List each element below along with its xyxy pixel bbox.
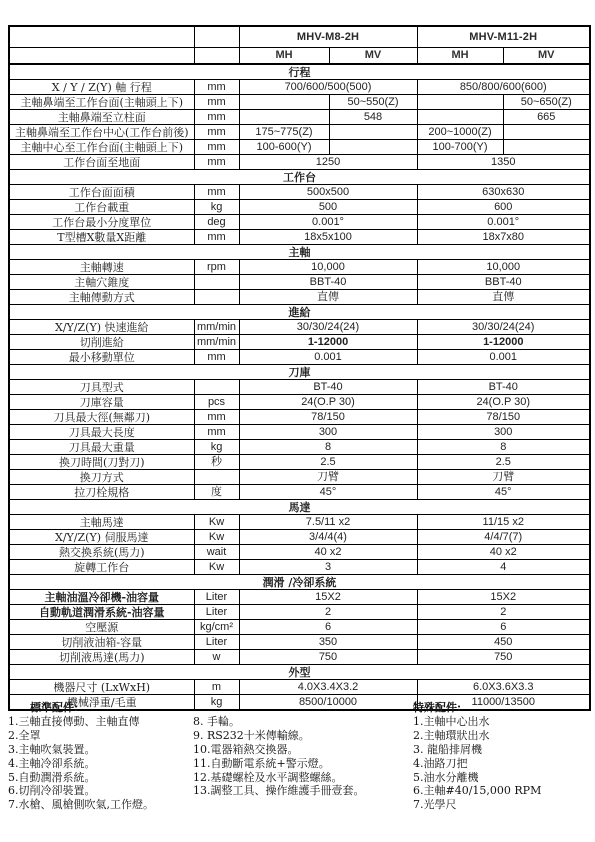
spec-row: 刀庫容量pcs24(O.P 30)24(O.P 30) (9, 395, 590, 410)
accessory-item: 7.光學尺 (413, 798, 591, 812)
special-accessories-list: 1.主軸中心出水2.主軸環狀出水3. 龍船排屑機4.油路刀把5.油水分離機6.主… (413, 715, 591, 812)
value-cell (239, 95, 329, 110)
row-label: 旋轉工作台 (9, 560, 194, 575)
unit-cell: mm (194, 425, 239, 440)
unit-cell (194, 275, 239, 290)
row-label: 切削液油箱-容量 (9, 635, 194, 650)
value-cell: 350 (239, 635, 417, 650)
unit-cell: mm/min (194, 335, 239, 350)
spec-row: 刀具最大重量kg88 (9, 440, 590, 455)
spec-row: T型槽X數量X距離mm18x5x10018x7x80 (9, 230, 590, 245)
spec-row: 換刀方式刀臂刀臂 (9, 470, 590, 485)
row-label: 刀具最大徑(無鄰刀) (9, 410, 194, 425)
spec-row: 主軸鼻端至立柱面mm548665 (9, 110, 590, 125)
accessory-item: 12.基礎螺栓及水平調整螺絲。 (193, 771, 411, 785)
spec-row: 自動軌道潤滑系統-油容量Liter22 (9, 605, 590, 620)
unit-cell: kg/cm² (194, 620, 239, 635)
spec-row: 主軸轉速rpm10,00010,000 (9, 260, 590, 275)
value-cell: 8 (239, 440, 417, 455)
value-cell: 3 (239, 560, 417, 575)
spec-row: 空壓源kg/cm²66 (9, 620, 590, 635)
value-cell: 2 (417, 605, 590, 620)
standard-accessories-list1: 1.三軸直接傳動、主軸直傳2.全罩3.主軸吹氣裝置。4.主軸冷卻系統。5.自動潤… (8, 715, 193, 812)
section-row: 外型 (9, 665, 590, 680)
spec-row: 刀具最大長度mm300300 (9, 425, 590, 440)
value-cell: 0.001° (239, 215, 417, 230)
spec-table-head: MHV-M8-2HMHV-M11-2HMHMVMHMV (9, 26, 590, 64)
value-cell: 直傳 (239, 290, 417, 305)
section-title: 刀庫 (9, 365, 590, 380)
value-cell: 630x630 (417, 185, 590, 200)
value-cell (417, 95, 503, 110)
standard-accessories-list2: 8. 手輪。9. RS232十米傳輸線。10.電器箱熱交換器。11.自動斷電系統… (193, 715, 411, 798)
row-label: 切削液馬達(馬力) (9, 650, 194, 665)
unit-cell: Liter (194, 590, 239, 605)
value-cell: 665 (503, 110, 590, 125)
spec-row: X / Y / Z(Y) 軸 行程mm700/600/500(500)850/8… (9, 80, 590, 95)
row-label: 工作台面至地面 (9, 155, 194, 170)
row-label: 刀具最大重量 (9, 440, 194, 455)
row-label: 主軸馬達 (9, 515, 194, 530)
value-cell: 1350 (417, 155, 590, 170)
sub-header: MV (329, 48, 417, 65)
section-title: 行程 (9, 64, 590, 80)
spec-row: 主軸馬達Kw7.5/11 x211/15 x2 (9, 515, 590, 530)
unit-cell: Liter (194, 605, 239, 620)
accessory-item: 4.主軸冷卻系統。 (8, 757, 193, 771)
row-label: 工作台載重 (9, 200, 194, 215)
spec-row: 工作台載重kg500600 (9, 200, 590, 215)
accessory-item: 2.主軸環狀出水 (413, 729, 591, 743)
row-label: X/Y/Z(Y) 快速進給 (9, 320, 194, 335)
section-title: 工作台 (9, 170, 590, 185)
value-cell: 40 x2 (417, 545, 590, 560)
spec-row: 主軸油溫冷卻機-油容量Liter15X215X2 (9, 590, 590, 605)
row-label: T型槽X數量X距離 (9, 230, 194, 245)
sub-header: MH (239, 48, 329, 65)
spec-row: 主軸鼻端至工作台中心(工作台前後)mm175~775(Z)200~1000(Z) (9, 125, 590, 140)
row-label: X / Y / Z(Y) 軸 行程 (9, 80, 194, 95)
section-title: 潤滑 /冷卻系統 (9, 575, 590, 590)
value-cell: 45° (239, 485, 417, 500)
value-cell: 1-12000 (417, 335, 590, 350)
value-cell: 548 (329, 110, 417, 125)
row-label: 主軸傳動方式 (9, 290, 194, 305)
value-cell (503, 125, 590, 140)
special-accessories-col: 特殊配件: 1.主軸中心出水2.主軸環狀出水3. 龍船排屑機4.油路刀把5.油水… (413, 701, 591, 812)
value-cell: 10,000 (417, 260, 590, 275)
value-cell: 1-12000 (239, 335, 417, 350)
accessory-item: 1.主軸中心出水 (413, 715, 591, 729)
value-cell: 100-700(Y) (417, 140, 503, 155)
value-cell: 500 (239, 200, 417, 215)
unit-cell: Kw (194, 560, 239, 575)
spec-row: 換刀時間(刀對刀)秒2.52.5 (9, 455, 590, 470)
unit-cell: deg (194, 215, 239, 230)
value-cell: 2.5 (417, 455, 590, 470)
value-cell: 450 (417, 635, 590, 650)
value-cell: 850/800/600(600) (417, 80, 590, 95)
row-label: X/Y/Z(Y) 伺服馬達 (9, 530, 194, 545)
row-label: 自動軌道潤滑系統-油容量 (9, 605, 194, 620)
value-cell: 15X2 (239, 590, 417, 605)
unit-cell: mm (194, 350, 239, 365)
value-cell: 500x500 (239, 185, 417, 200)
accessory-item: 6.切削冷卻裝置。 (8, 784, 193, 798)
value-cell: BT-40 (417, 380, 590, 395)
spec-row: 工作台面面積mm500x500630x630 (9, 185, 590, 200)
accessory-item: 5.油水分離機 (413, 771, 591, 785)
unit-cell: mm (194, 185, 239, 200)
spec-row: 刀具最大徑(無鄰刀)mm78/15078/150 (9, 410, 590, 425)
row-label: 主軸轉速 (9, 260, 194, 275)
model-header: MHV-M11-2H (417, 26, 590, 48)
value-cell: 78/150 (417, 410, 590, 425)
value-cell: 4/4/7(7) (417, 530, 590, 545)
accessory-item: 7.水槍、風槍側吹氣,工作燈。 (8, 798, 193, 812)
accessories-spacer (193, 701, 411, 715)
unit-cell: mm (194, 110, 239, 125)
value-cell: 0.001 (239, 350, 417, 365)
model-header-row: MHV-M8-2HMHV-M11-2H (9, 26, 590, 48)
accessory-item: 1.三軸直接傳動、主軸直傳 (8, 715, 193, 729)
value-cell: 刀臂 (417, 470, 590, 485)
value-cell: 300 (239, 425, 417, 440)
accessory-item: 5.自動潤滑系統。 (8, 771, 193, 785)
model-header: MHV-M8-2H (239, 26, 417, 48)
value-cell: 24(O.P 30) (417, 395, 590, 410)
value-cell: 2.5 (239, 455, 417, 470)
value-cell: 6.0X3.6X3.3 (417, 680, 590, 695)
value-cell: 175~775(Z) (239, 125, 329, 140)
unit-cell: mm (194, 230, 239, 245)
unit-cell: rpm (194, 260, 239, 275)
row-label: 主軸鼻端至工作台中心(工作台前後) (9, 125, 194, 140)
unit-cell: mm (194, 80, 239, 95)
value-cell: 700/600/500(500) (239, 80, 417, 95)
value-cell: 750 (417, 650, 590, 665)
spec-row: 旋轉工作台Kw34 (9, 560, 590, 575)
value-cell (503, 140, 590, 155)
value-cell: 0.001° (417, 215, 590, 230)
accessory-item: 6.主軸#40/15,000 RPM (413, 784, 591, 798)
value-cell: 750 (239, 650, 417, 665)
value-cell: 6 (417, 620, 590, 635)
value-cell: 1250 (239, 155, 417, 170)
value-cell: 15X2 (417, 590, 590, 605)
spec-row: 工作台最小分度單位deg0.001°0.001° (9, 215, 590, 230)
value-cell: 78/150 (239, 410, 417, 425)
unit-cell: mm (194, 155, 239, 170)
value-cell: 10,000 (239, 260, 417, 275)
row-label: 主軸鼻端至工作台面(主軸頭上下) (9, 95, 194, 110)
value-cell: 4 (417, 560, 590, 575)
row-label: 機器尺寸 (LxWxH) (9, 680, 194, 695)
value-cell: 2 (239, 605, 417, 620)
section-row: 潤滑 /冷卻系統 (9, 575, 590, 590)
unit-cell: mm (194, 125, 239, 140)
value-cell: 30/30/24(24) (417, 320, 590, 335)
sub-header: MV (503, 48, 590, 65)
spec-row: 主軸中心至工作台面(主軸頭上下)mm100-600(Y)100-700(Y) (9, 140, 590, 155)
value-cell: BT-40 (239, 380, 417, 395)
row-label: 空壓源 (9, 620, 194, 635)
standard-accessories-col1: 標準配件: 1.三軸直接傳動、主軸直傳2.全罩3.主軸吹氣裝置。4.主軸冷卻系統… (8, 701, 193, 812)
spec-row: 主軸傳動方式直傳直傳 (9, 290, 590, 305)
unit-cell: 度 (194, 485, 239, 500)
unit-cell: mm (194, 410, 239, 425)
accessory-item: 2.全罩 (8, 729, 193, 743)
accessory-item: 3.主軸吹氣裝置。 (8, 743, 193, 757)
value-cell: 600 (417, 200, 590, 215)
spec-row: 熱交換系統(馬力)wait40 x240 x2 (9, 545, 590, 560)
row-label: 最小移動單位 (9, 350, 194, 365)
value-cell: 刀臂 (239, 470, 417, 485)
spec-row: X/Y/Z(Y) 伺服馬達Kw3/4/4(4)4/4/7(7) (9, 530, 590, 545)
accessory-item: 9. RS232十米傳輸線。 (193, 729, 411, 743)
section-row: 馬達 (9, 500, 590, 515)
section-title: 馬達 (9, 500, 590, 515)
spec-row: 切削進給mm/min1-120001-12000 (9, 335, 590, 350)
value-cell: 24(O.P 30) (239, 395, 417, 410)
spec-row: 切削液油箱-容量Liter350450 (9, 635, 590, 650)
accessory-item: 10.電器箱熱交換器。 (193, 743, 411, 757)
value-cell: 4.0X3.4X3.2 (239, 680, 417, 695)
value-cell: 0.001 (417, 350, 590, 365)
value-cell (239, 110, 329, 125)
value-cell: 直傳 (417, 290, 590, 305)
value-cell (329, 140, 417, 155)
value-cell: 100-600(Y) (239, 140, 329, 155)
standard-accessories-col2: 8. 手輪。9. RS232十米傳輸線。10.電器箱熱交換器。11.自動斷電系統… (193, 701, 411, 798)
unit-cell: wait (194, 545, 239, 560)
spec-row: 主軸穴錐度BBT-40BBT-40 (9, 275, 590, 290)
row-label: 主軸穴錐度 (9, 275, 194, 290)
value-cell: 300 (417, 425, 590, 440)
row-label: 拉刀栓規格 (9, 485, 194, 500)
value-cell: 11/15 x2 (417, 515, 590, 530)
value-cell: 40 x2 (239, 545, 417, 560)
accessory-item: 4.油路刀把 (413, 757, 591, 771)
standard-accessories-title: 標準配件: (8, 701, 193, 715)
spec-row: X/Y/Z(Y) 快速進給mm/min30/30/24(24)30/30/24(… (9, 320, 590, 335)
section-row: 主軸 (9, 245, 590, 260)
section-row: 刀庫 (9, 365, 590, 380)
row-label: 工作台最小分度單位 (9, 215, 194, 230)
unit-cell: pcs (194, 395, 239, 410)
accessory-item: 3. 龍船排屑機 (413, 743, 591, 757)
spec-row: 最小移動單位mm0.0010.001 (9, 350, 590, 365)
section-row: 進給 (9, 305, 590, 320)
spec-row: 工作台面至地面mm12501350 (9, 155, 590, 170)
row-label: 切削進給 (9, 335, 194, 350)
value-cell (417, 110, 503, 125)
unit-cell: Kw (194, 530, 239, 545)
spec-table-body: 行程X / Y / Z(Y) 軸 行程mm700/600/500(500)850… (9, 64, 590, 710)
row-label: 刀具最大長度 (9, 425, 194, 440)
unit-cell: m (194, 680, 239, 695)
accessory-item: 13.調整工具、操作維護手冊壹套。 (193, 784, 411, 798)
spec-row: 切削液馬達(馬力)w750750 (9, 650, 590, 665)
value-cell: BBT-40 (417, 275, 590, 290)
accessory-item: 11.自動斷電系統+警示燈。 (193, 757, 411, 771)
value-cell: BBT-40 (239, 275, 417, 290)
unit-cell: mm (194, 95, 239, 110)
unit-cell (194, 290, 239, 305)
value-cell: 18x5x100 (239, 230, 417, 245)
unit-cell: kg (194, 200, 239, 215)
row-label: 主軸油溫冷卻機-油容量 (9, 590, 194, 605)
sub-header-row: MHMVMHMV (9, 48, 590, 65)
value-cell: 3/4/4(4) (239, 530, 417, 545)
unit-cell: mm (194, 140, 239, 155)
row-label: 刀庫容量 (9, 395, 194, 410)
section-row: 工作台 (9, 170, 590, 185)
spec-sheet-page: MHV-M8-2HMHV-M11-2HMHMVMHMV 行程X / Y / Z(… (0, 0, 595, 842)
value-cell: 30/30/24(24) (239, 320, 417, 335)
unit-cell: mm/min (194, 320, 239, 335)
spec-row: 刀具型式BT-40BT-40 (9, 380, 590, 395)
value-cell: 6 (239, 620, 417, 635)
section-title: 主軸 (9, 245, 590, 260)
value-cell: 45° (417, 485, 590, 500)
value-cell (329, 125, 417, 140)
corner-cell (9, 26, 194, 48)
row-label: 刀具型式 (9, 380, 194, 395)
sub-header: MH (417, 48, 503, 65)
value-cell: 50~550(Z) (329, 95, 417, 110)
unit-cell (194, 470, 239, 485)
section-title: 進給 (9, 305, 590, 320)
section-row: 行程 (9, 64, 590, 80)
unit-cell: Kw (194, 515, 239, 530)
value-cell: 200~1000(Z) (417, 125, 503, 140)
spec-row: 拉刀栓規格度45°45° (9, 485, 590, 500)
spec-table: MHV-M8-2HMHV-M11-2HMHMVMHMV 行程X / Y / Z(… (8, 25, 591, 711)
row-label: 換刀時間(刀對刀) (9, 455, 194, 470)
accessory-item: 8. 手輪。 (193, 715, 411, 729)
row-label: 主軸鼻端至立柱面 (9, 110, 194, 125)
value-cell: 18x7x80 (417, 230, 590, 245)
corner-unit-cell (194, 26, 239, 48)
corner-cell (9, 48, 194, 65)
section-title: 外型 (9, 665, 590, 680)
special-accessories-title: 特殊配件: (413, 701, 591, 715)
value-cell: 50~650(Z) (503, 95, 590, 110)
spec-row: 主軸鼻端至工作台面(主軸頭上下)mm50~550(Z)50~650(Z) (9, 95, 590, 110)
value-cell: 8 (417, 440, 590, 455)
unit-cell: kg (194, 440, 239, 455)
corner-unit-cell (194, 48, 239, 65)
row-label: 熱交換系統(馬力) (9, 545, 194, 560)
unit-cell: Liter (194, 635, 239, 650)
unit-cell: w (194, 650, 239, 665)
row-label: 工作台面面積 (9, 185, 194, 200)
spec-row: 機器尺寸 (LxWxH)m4.0X3.4X3.26.0X3.6X3.3 (9, 680, 590, 695)
unit-cell (194, 380, 239, 395)
row-label: 主軸中心至工作台面(主軸頭上下) (9, 140, 194, 155)
unit-cell: 秒 (194, 455, 239, 470)
value-cell: 7.5/11 x2 (239, 515, 417, 530)
row-label: 換刀方式 (9, 470, 194, 485)
